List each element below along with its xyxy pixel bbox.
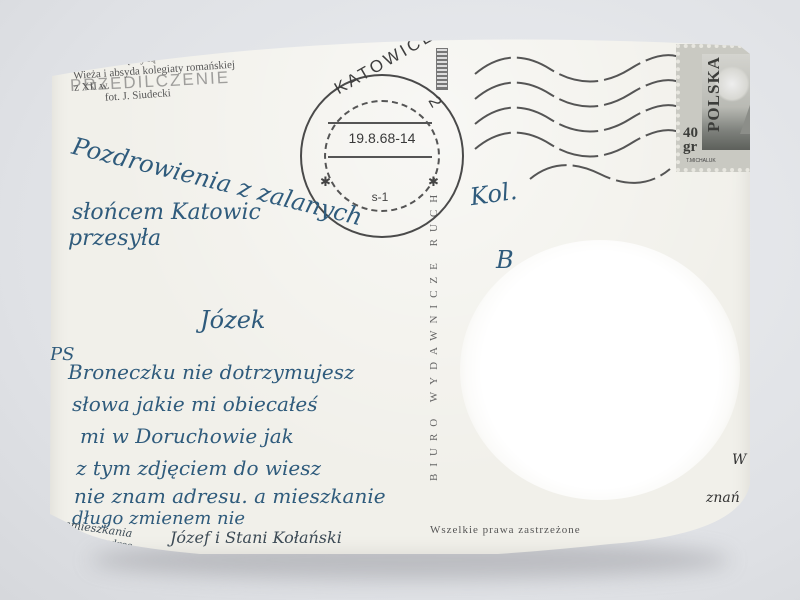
redaction-blur bbox=[460, 240, 740, 500]
stamp-value-unit: gr bbox=[683, 139, 697, 155]
postmark-date: 19.8.68-14 bbox=[312, 130, 452, 146]
ps-line: nie znam adresu. a mieszkanie bbox=[74, 484, 386, 508]
postmark-bar bbox=[328, 156, 432, 158]
cancellation-waves-icon bbox=[470, 44, 690, 194]
rights-footer: Wszelkie prawa zastrzeżone bbox=[430, 524, 581, 536]
star-icon: ✱ bbox=[428, 174, 439, 190]
barcode-mark bbox=[436, 48, 448, 90]
message-line: przesyła bbox=[68, 226, 161, 251]
star-icon: ✱ bbox=[320, 174, 331, 190]
closing-signature: Józef i Stani Kołański bbox=[170, 528, 342, 547]
edge-fragment: znań bbox=[706, 490, 740, 506]
postmark-bar bbox=[328, 122, 432, 124]
signature-first: Józek bbox=[200, 306, 265, 334]
message-line: słońcem Katowic bbox=[72, 200, 261, 225]
ps-line: mi w Doruchowie jak bbox=[80, 424, 294, 448]
stamp-country: POLSKA bbox=[704, 56, 724, 132]
stamp-value: 40gr bbox=[683, 126, 698, 154]
stamp-designer: T.MICHALUK bbox=[686, 158, 716, 164]
ps-line: Broneczku nie dotrzymujesz bbox=[68, 360, 355, 384]
edge-fragment: W bbox=[732, 452, 746, 468]
ps-line: słowa jakie mi obiecałeś bbox=[72, 392, 318, 416]
ps-line: z tym zdjęciem do wiesz bbox=[76, 456, 321, 480]
